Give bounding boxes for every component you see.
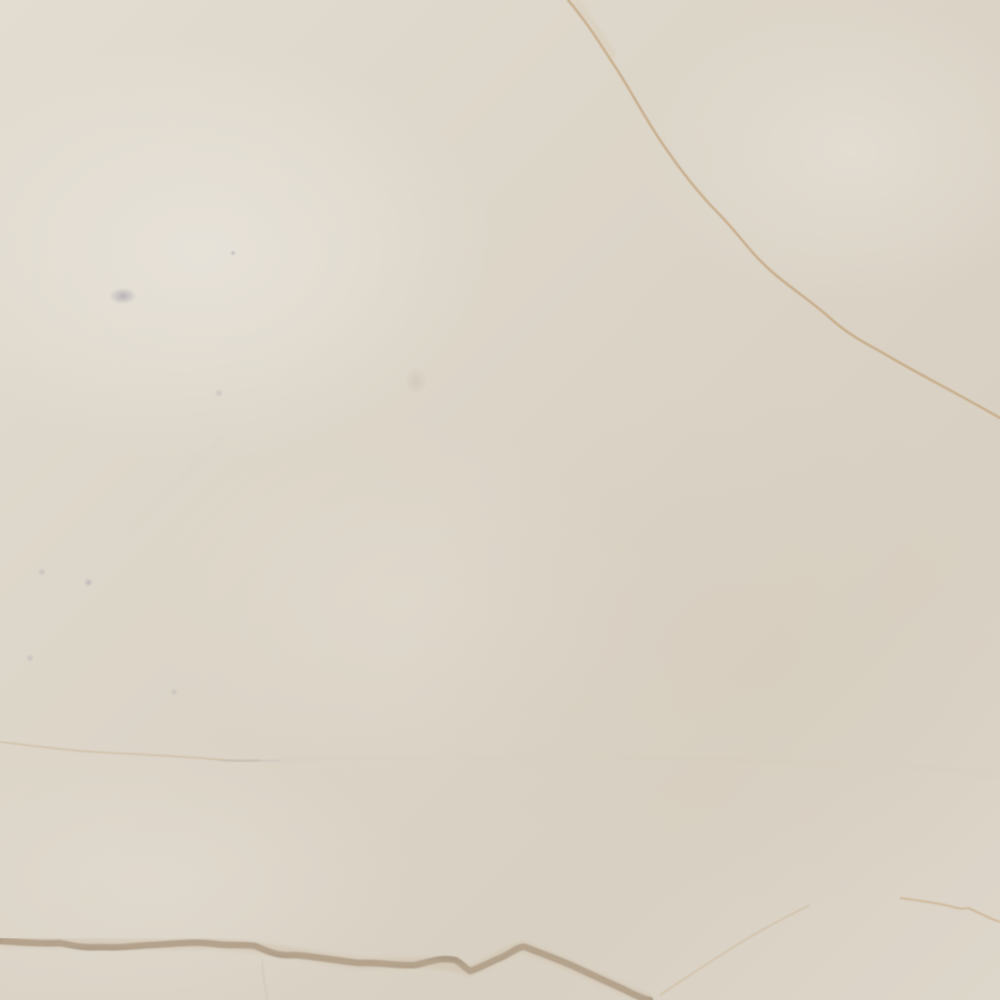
faint-vein-left-middle <box>0 742 1000 772</box>
grey-spot-small-4 <box>38 568 46 576</box>
grey-spot-small-6 <box>170 688 178 696</box>
marble-veins <box>0 0 1000 1000</box>
thick-vein-bottom <box>0 941 650 1000</box>
faint-vein-lower-center <box>660 905 810 995</box>
grey-spot-small-2 <box>215 388 223 398</box>
faint-vein-left-diagonal <box>130 435 225 530</box>
diagonal-vein-top-right <box>568 0 1000 418</box>
grey-spot-small-5 <box>26 654 34 662</box>
marble-surface <box>0 0 1000 1000</box>
grey-spot-small-3 <box>84 578 93 587</box>
faint-vein-bottom-right <box>900 770 1000 922</box>
grey-spot-small-1 <box>230 250 236 256</box>
grey-spot-upper-left <box>110 288 136 304</box>
warm-spot-center <box>405 368 427 394</box>
